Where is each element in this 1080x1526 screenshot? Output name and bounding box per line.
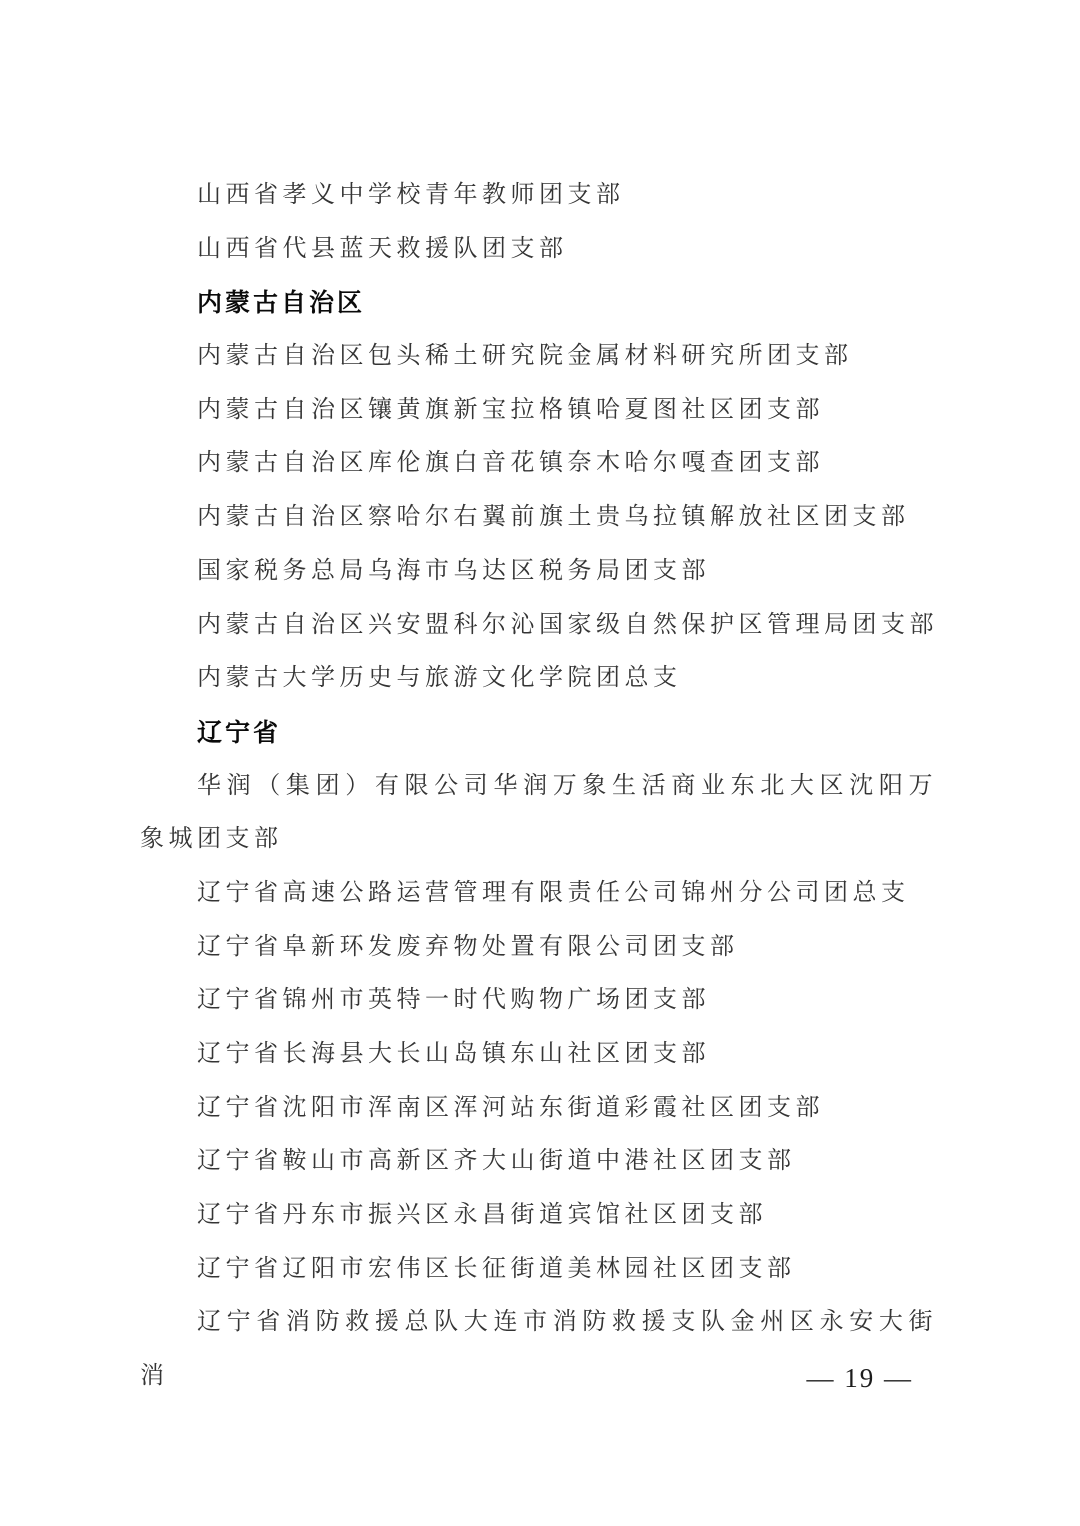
branch-list: 山西省孝义中学校青年教师团支部 山西省代县蓝天救援队团支部 内蒙古自治区 内蒙古…	[140, 169, 937, 1350]
list-entry: 辽宁省长海县大长山岛镇东山社区团支部	[140, 1028, 937, 1082]
list-entry: 辽宁省锦州市英特一时代购物广场团支部	[140, 974, 937, 1028]
list-entry: 内蒙古自治区兴安盟科尔沁国家级自然保护区管理局团支部	[140, 599, 937, 653]
list-entry: 内蒙古自治区库伦旗白音花镇奈木哈尔嘎查团支部	[140, 437, 937, 491]
list-entry: 山西省代县蓝天救援队团支部	[140, 223, 937, 277]
list-entry: 辽宁省丹东市振兴区永昌街道宾馆社区团支部	[140, 1189, 937, 1243]
list-entry: 山西省孝义中学校青年教师团支部	[140, 169, 937, 223]
list-entry-wrapped-first: 华润（集团）有限公司华润万象生活商业东北大区沈阳万	[140, 760, 937, 814]
list-entry-continuation: 象城团支部	[140, 813, 937, 867]
list-entry: 辽宁省高速公路运营管理有限责任公司锦州分公司团总支	[140, 867, 937, 921]
document-page: 山西省孝义中学校青年教师团支部 山西省代县蓝天救援队团支部 内蒙古自治区 内蒙古…	[0, 0, 1080, 1526]
list-entry-wrapped-first: 辽宁省消防救援总队大连市消防救援支队金州区永安大街消	[140, 1296, 937, 1350]
list-entry: 国家税务总局乌海市乌达区税务局团支部	[140, 545, 937, 599]
section-header-neimenggu: 内蒙古自治区	[140, 276, 937, 330]
list-entry: 内蒙古自治区镶黄旗新宝拉格镇哈夏图社区团支部	[140, 384, 937, 438]
list-entry: 辽宁省阜新环发废弃物处置有限公司团支部	[140, 921, 937, 975]
list-entry: 辽宁省鞍山市高新区齐大山街道中港社区团支部	[140, 1135, 937, 1189]
list-entry: 内蒙古自治区察哈尔右翼前旗土贵乌拉镇解放社区团支部	[140, 491, 937, 545]
page-number: — 19 —	[807, 1358, 914, 1398]
list-entry: 辽宁省沈阳市浑南区浑河站东街道彩霞社区团支部	[140, 1082, 937, 1136]
section-header-liaoning: 辽宁省	[140, 706, 937, 760]
list-entry: 辽宁省辽阳市宏伟区长征街道美林园社区团支部	[140, 1243, 937, 1297]
list-entry: 内蒙古自治区包头稀土研究院金属材料研究所团支部	[140, 330, 937, 384]
list-entry: 内蒙古大学历史与旅游文化学院团总支	[140, 652, 937, 706]
